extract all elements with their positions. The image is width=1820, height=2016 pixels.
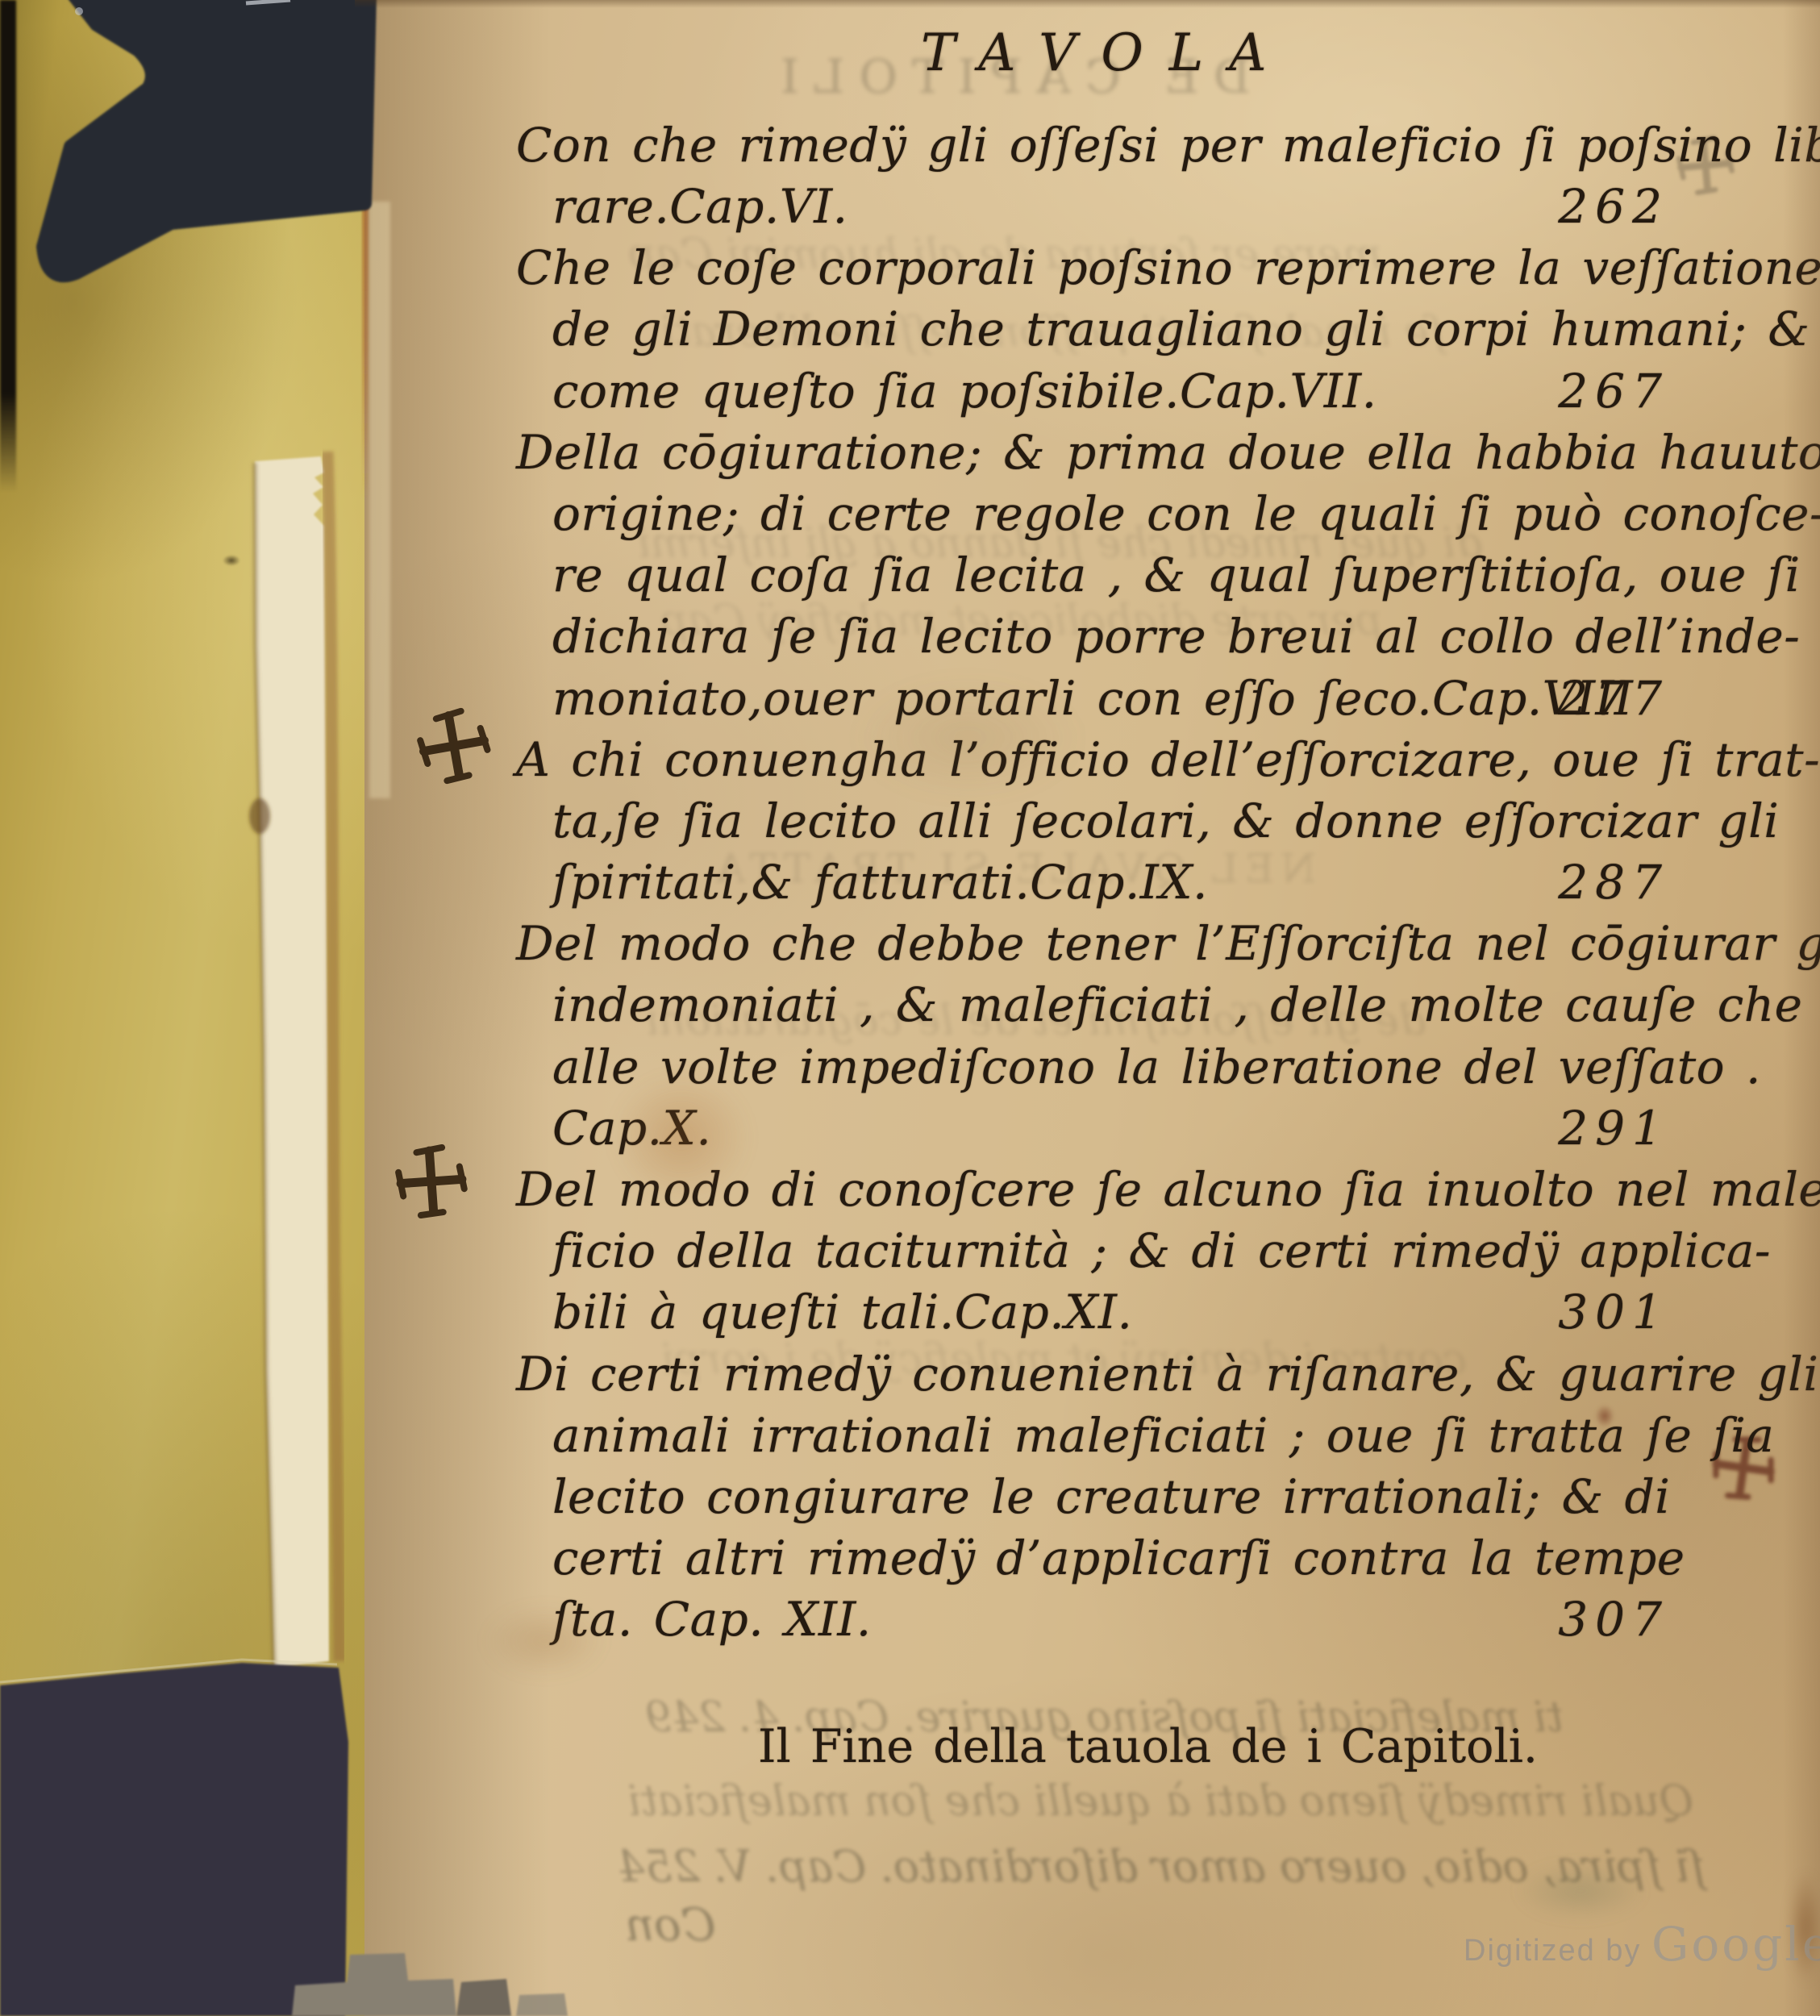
toc-line: de gli Demoni che trauagliano gli corpi … — [552, 305, 1810, 354]
toc-line: come queſto ſia poſsibile.Cap.VII. — [552, 367, 1377, 416]
toc-line: moniato,ouer portarli con eſſo ſeco.Cap.… — [552, 674, 1633, 723]
toc-line: origine; di certe regole con le quali ſi… — [552, 489, 1820, 539]
page-top-edge-shadow — [355, 0, 1820, 8]
toc-line: rare.Cap.VI. — [552, 182, 848, 231]
fore-edge-highlight — [369, 202, 390, 798]
toc-line: dichiara ſe ſia lecito porre breui al co… — [552, 612, 1800, 661]
toc-line: ſpiritati,& fatturati.Cap.IX. — [552, 858, 1208, 907]
clip-glint-dot — [75, 7, 83, 15]
toc-line: Che le coſe corporali poſsino reprimere … — [516, 244, 1820, 293]
toc-line: ſta. Cap. XII. — [552, 1595, 872, 1644]
toc-line: Del modo che debbe tener l’Eſſorciſta ne… — [516, 919, 1820, 968]
gray-step-shape — [456, 1979, 511, 2016]
toc-line: Della cōgiuratione; & prima doue ella ha… — [516, 428, 1820, 477]
glue-seam — [327, 452, 339, 1661]
toc-page-number: 307 — [1558, 1595, 1669, 1644]
toc-page-number: 267 — [1558, 367, 1669, 416]
toc-line: Cap.X. — [552, 1104, 711, 1153]
watermark-space — [1641, 1934, 1651, 1968]
toc-line: ficio della taciturnità ; & di certi rim… — [552, 1227, 1771, 1276]
cloth-block — [0, 1663, 348, 2016]
toc-page-number: 277 — [1558, 674, 1669, 723]
toc-line: animali irrationali maleficiati ; oue ſi… — [552, 1411, 1774, 1460]
binder-clip-shape — [44, 0, 369, 275]
toc-line: Di certi rimedÿ conuenienti à riſanare, … — [516, 1350, 1818, 1399]
right-edge-vignette — [1783, 0, 1820, 2016]
toc-line: alle volte impediſcono la liberatione de… — [552, 1043, 1761, 1092]
toc-footer-line: Il Fine della tauola de i Capitoli. — [758, 1724, 1538, 1770]
toc-line: re qual coſa ſia lecita , & qual ſuperſt… — [552, 551, 1801, 600]
book-scan-photo: DE CAPITOLI mere er ſortuna de gli huomi… — [0, 0, 1820, 2016]
margin-cross-left-1 — [416, 708, 491, 785]
toc-line: A chi conuengha l’officio dell’eſſorciza… — [516, 735, 1820, 785]
toc-line: indemoniati , & maleficiati , delle molt… — [552, 981, 1802, 1030]
toc-line: certi altri rimedÿ d’applicarſi contra l… — [552, 1534, 1685, 1583]
stub-knot-speck — [249, 798, 270, 834]
page-header-title: TAVOLA — [921, 27, 1293, 79]
digitized-by-text: Digitized by — [1464, 1934, 1641, 1968]
toc-line: Del modo di conoſcere ſe alcuno ſia inuo… — [516, 1165, 1820, 1214]
toc-line: ta,ſe ſia lecito alli ſecolari, & donne … — [552, 797, 1779, 846]
toc-page-number: 301 — [1558, 1288, 1669, 1337]
margin-cross-left-2 — [397, 1146, 466, 1216]
gray-step-shape — [516, 1993, 568, 2016]
toc-line: Con che rimedÿ gli oſſeſsi per maleficio… — [516, 121, 1820, 170]
toc-line: lecito congiurare le creature irrational… — [552, 1472, 1670, 1522]
toc-page-number: 262 — [1558, 182, 1669, 231]
torn-page-stub — [255, 456, 329, 1668]
toc-page-number: 287 — [1558, 858, 1669, 907]
toc-page-number: 291 — [1558, 1104, 1669, 1153]
google-watermark: Digitized by Google — [1464, 1921, 1820, 1972]
toc-line: bili à queſti tali.Cap.XI. — [552, 1288, 1132, 1337]
